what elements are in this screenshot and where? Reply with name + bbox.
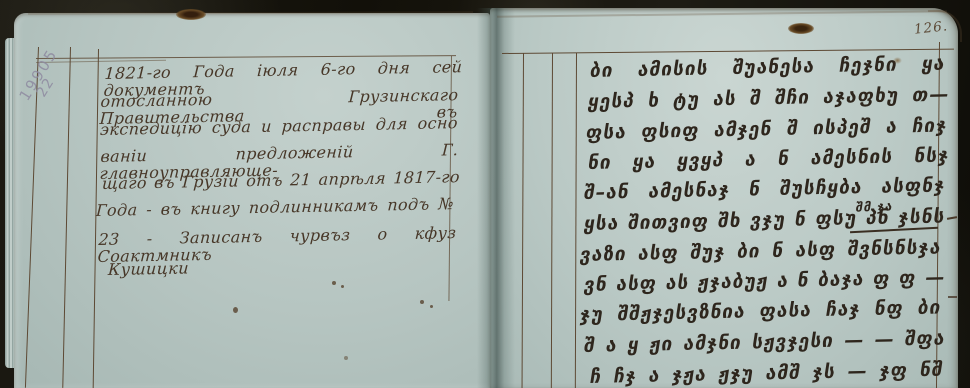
ink-stain [788, 23, 814, 34]
ink-speck [233, 307, 238, 313]
book-gutter-fold [477, 8, 515, 388]
ink-speck [344, 356, 348, 360]
margin-dash-mark [948, 296, 957, 298]
manuscript-scan: 19905 22 126. 1821-го Года іюля 6-го дня… [0, 0, 970, 388]
ink-speck [420, 300, 424, 304]
ink-speck [332, 281, 336, 285]
interlinear-insertion: შმ ჯა [855, 198, 894, 214]
ink-speck [430, 305, 433, 308]
ink-stain [893, 57, 902, 64]
manuscript-line-russian: Кушицки [108, 260, 190, 278]
ink-speck [341, 285, 344, 288]
ink-stain [176, 9, 206, 20]
